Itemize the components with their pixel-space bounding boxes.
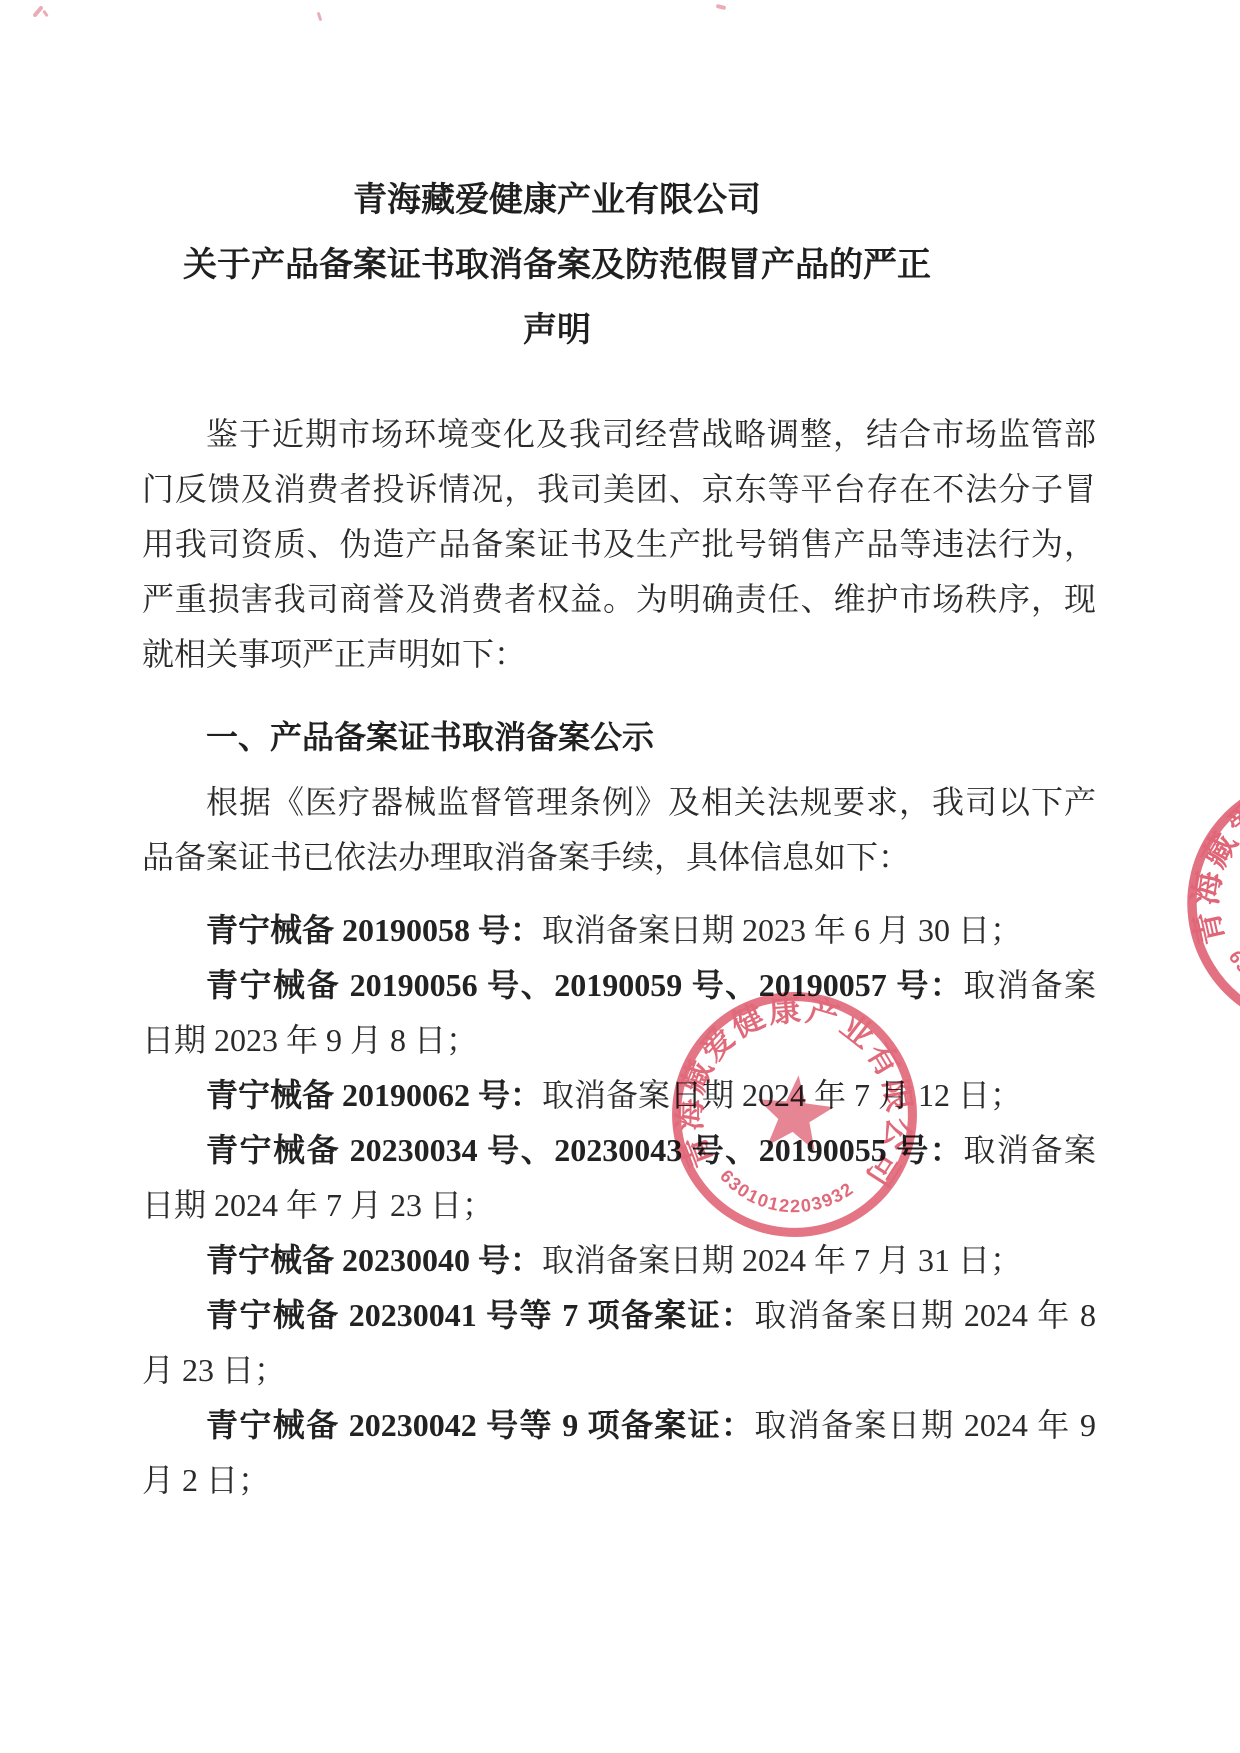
registration-number: 青宁械备 20230040 号： xyxy=(206,1242,542,1278)
registration-entry: 青宁械备 20230040 号：取消备案日期 2024 年 7 月 31 日； xyxy=(142,1233,1096,1288)
registration-number: 青宁械备 20190056 号、20190059 号、20190057 号： xyxy=(206,967,963,1003)
registration-entry: 青宁械备 20190056 号、20190059 号、20190057 号：取消… xyxy=(142,958,1096,1068)
registration-entry: 青宁械备 20190062 号：取消备案日期 2024 年 7 月 12 日； xyxy=(142,1068,1096,1123)
partial-seal-graphic: 青海藏爱健康产业有限公司 6301012203932 xyxy=(1154,742,1240,1064)
statement-subject-line: 声明 xyxy=(80,298,1034,363)
cancellation-date: 取消备案日期 2023 年 6 月 30 日； xyxy=(542,912,1022,948)
registration-entry: 青宁械备 20230042 号等 9 项备案证：取消备案日期 2024 年 9 … xyxy=(142,1398,1096,1508)
scanned-statement-page: 青海藏爱健康产业有限公司 关于产品备案证书取消备案及防范假冒产品的严正 声明 鉴… xyxy=(0,0,1240,1753)
registration-number: 青宁械备 20190058 号： xyxy=(206,912,542,948)
cancellation-date: 取消备案日期 2024 年 7 月 12 日； xyxy=(542,1077,1022,1113)
registration-number: 青宁械备 20230042 号等 9 项备案证： xyxy=(206,1407,754,1443)
registration-number: 青宁械备 20190062 号： xyxy=(206,1077,542,1113)
partial-company-seal: 青海藏爱健康产业有限公司 6301012203932 xyxy=(1154,742,1240,1064)
seal-registration-code: 6301012203932 xyxy=(1217,943,1240,1023)
seal-company-name: 青海藏爱健康产业有限公司 xyxy=(1174,747,1240,1004)
registration-entry: 青宁械备 20230034 号、20230043 号、20190055 号：取消… xyxy=(142,1123,1096,1233)
statement-subject-line: 关于产品备案证书取消备案及防范假冒产品的严正 xyxy=(80,233,1034,298)
registration-number: 青宁械备 20230034 号、20230043 号、20190055 号： xyxy=(206,1132,963,1168)
section1-intro: 根据《医疗器械监督管理条例》及相关法规要求，我司以下产品备案证书已依法办理取消备… xyxy=(142,775,1096,885)
cancellation-date: 取消备案日期 2024 年 7 月 31 日； xyxy=(542,1242,1022,1278)
document-title: 青海藏爱健康产业有限公司 关于产品备案证书取消备案及防范假冒产品的严正 声明 xyxy=(80,168,1034,363)
company-name-title: 青海藏爱健康产业有限公司 xyxy=(80,168,1034,233)
registration-number: 青宁械备 20230041 号等 7 项备案证： xyxy=(206,1297,754,1333)
intro-paragraph: 鉴于近期市场环境变化及我司经营战略调整，结合市场监管部门反馈及消费者投诉情况，我… xyxy=(142,407,1096,682)
registration-entry: 青宁械备 20230041 号等 7 项备案证：取消备案日期 2024 年 8 … xyxy=(142,1288,1096,1398)
registration-entry: 青宁械备 20190058 号：取消备案日期 2023 年 6 月 30 日； xyxy=(142,903,1096,958)
seal-ring xyxy=(1166,754,1240,1052)
ink-speck xyxy=(42,10,48,17)
statement-document: 青海藏爱健康产业有限公司 关于产品备案证书取消备案及防范假冒产品的严正 声明 鉴… xyxy=(142,0,1096,1508)
section1-heading: 一、产品备案证书取消备案公示 xyxy=(142,710,1096,765)
